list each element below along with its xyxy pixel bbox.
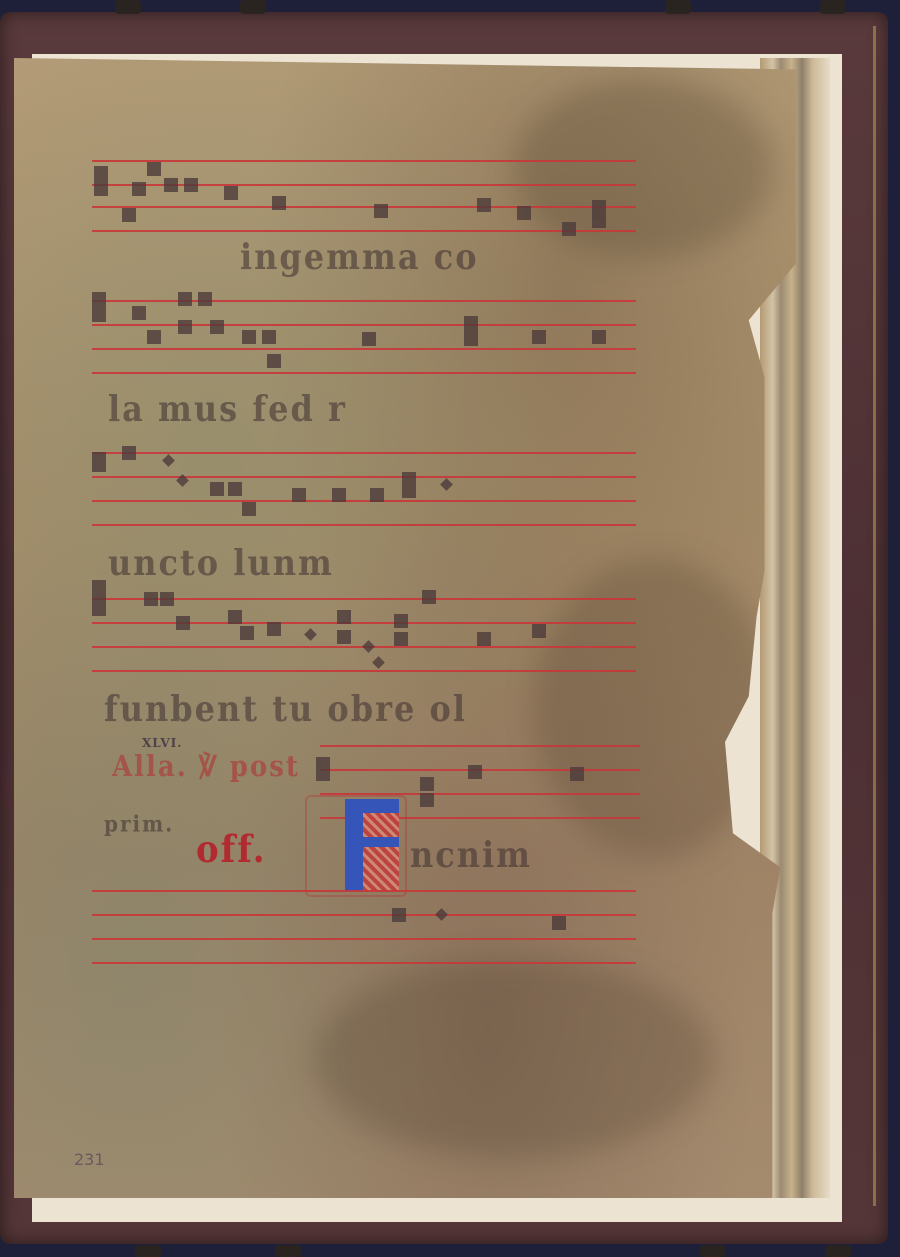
chant-number: XLVI. [142, 736, 182, 750]
offertory-rubric: off. [196, 828, 267, 872]
chant-text-line-1: ingemma co [240, 236, 479, 278]
clasp [135, 1245, 161, 1257]
illuminated-initial-f: F [305, 795, 407, 897]
line-end-text: prim. [104, 811, 174, 837]
chant-text-line-2: la mus fed r [108, 388, 347, 430]
clasp [115, 0, 141, 14]
chant-text-line-4: funbent tu obre ol [104, 688, 467, 730]
folio-number: 231 [74, 1150, 105, 1169]
clasp [240, 0, 266, 14]
alleluia-rubric: Alla. ℣ post [112, 751, 300, 784]
clasp [665, 0, 691, 14]
clasp [825, 1245, 851, 1257]
clasp [820, 0, 846, 14]
offertory-text: ncnim [410, 834, 532, 876]
gilt-edge [873, 26, 876, 1206]
manuscript-leaf [14, 58, 804, 1198]
alleluia-verse-rubric: Alla. ℣ post [112, 751, 300, 784]
clasp [275, 1245, 301, 1257]
stain [314, 958, 714, 1158]
clasp [700, 1245, 726, 1257]
chant-text-line-3: uncto lunm [108, 542, 334, 584]
